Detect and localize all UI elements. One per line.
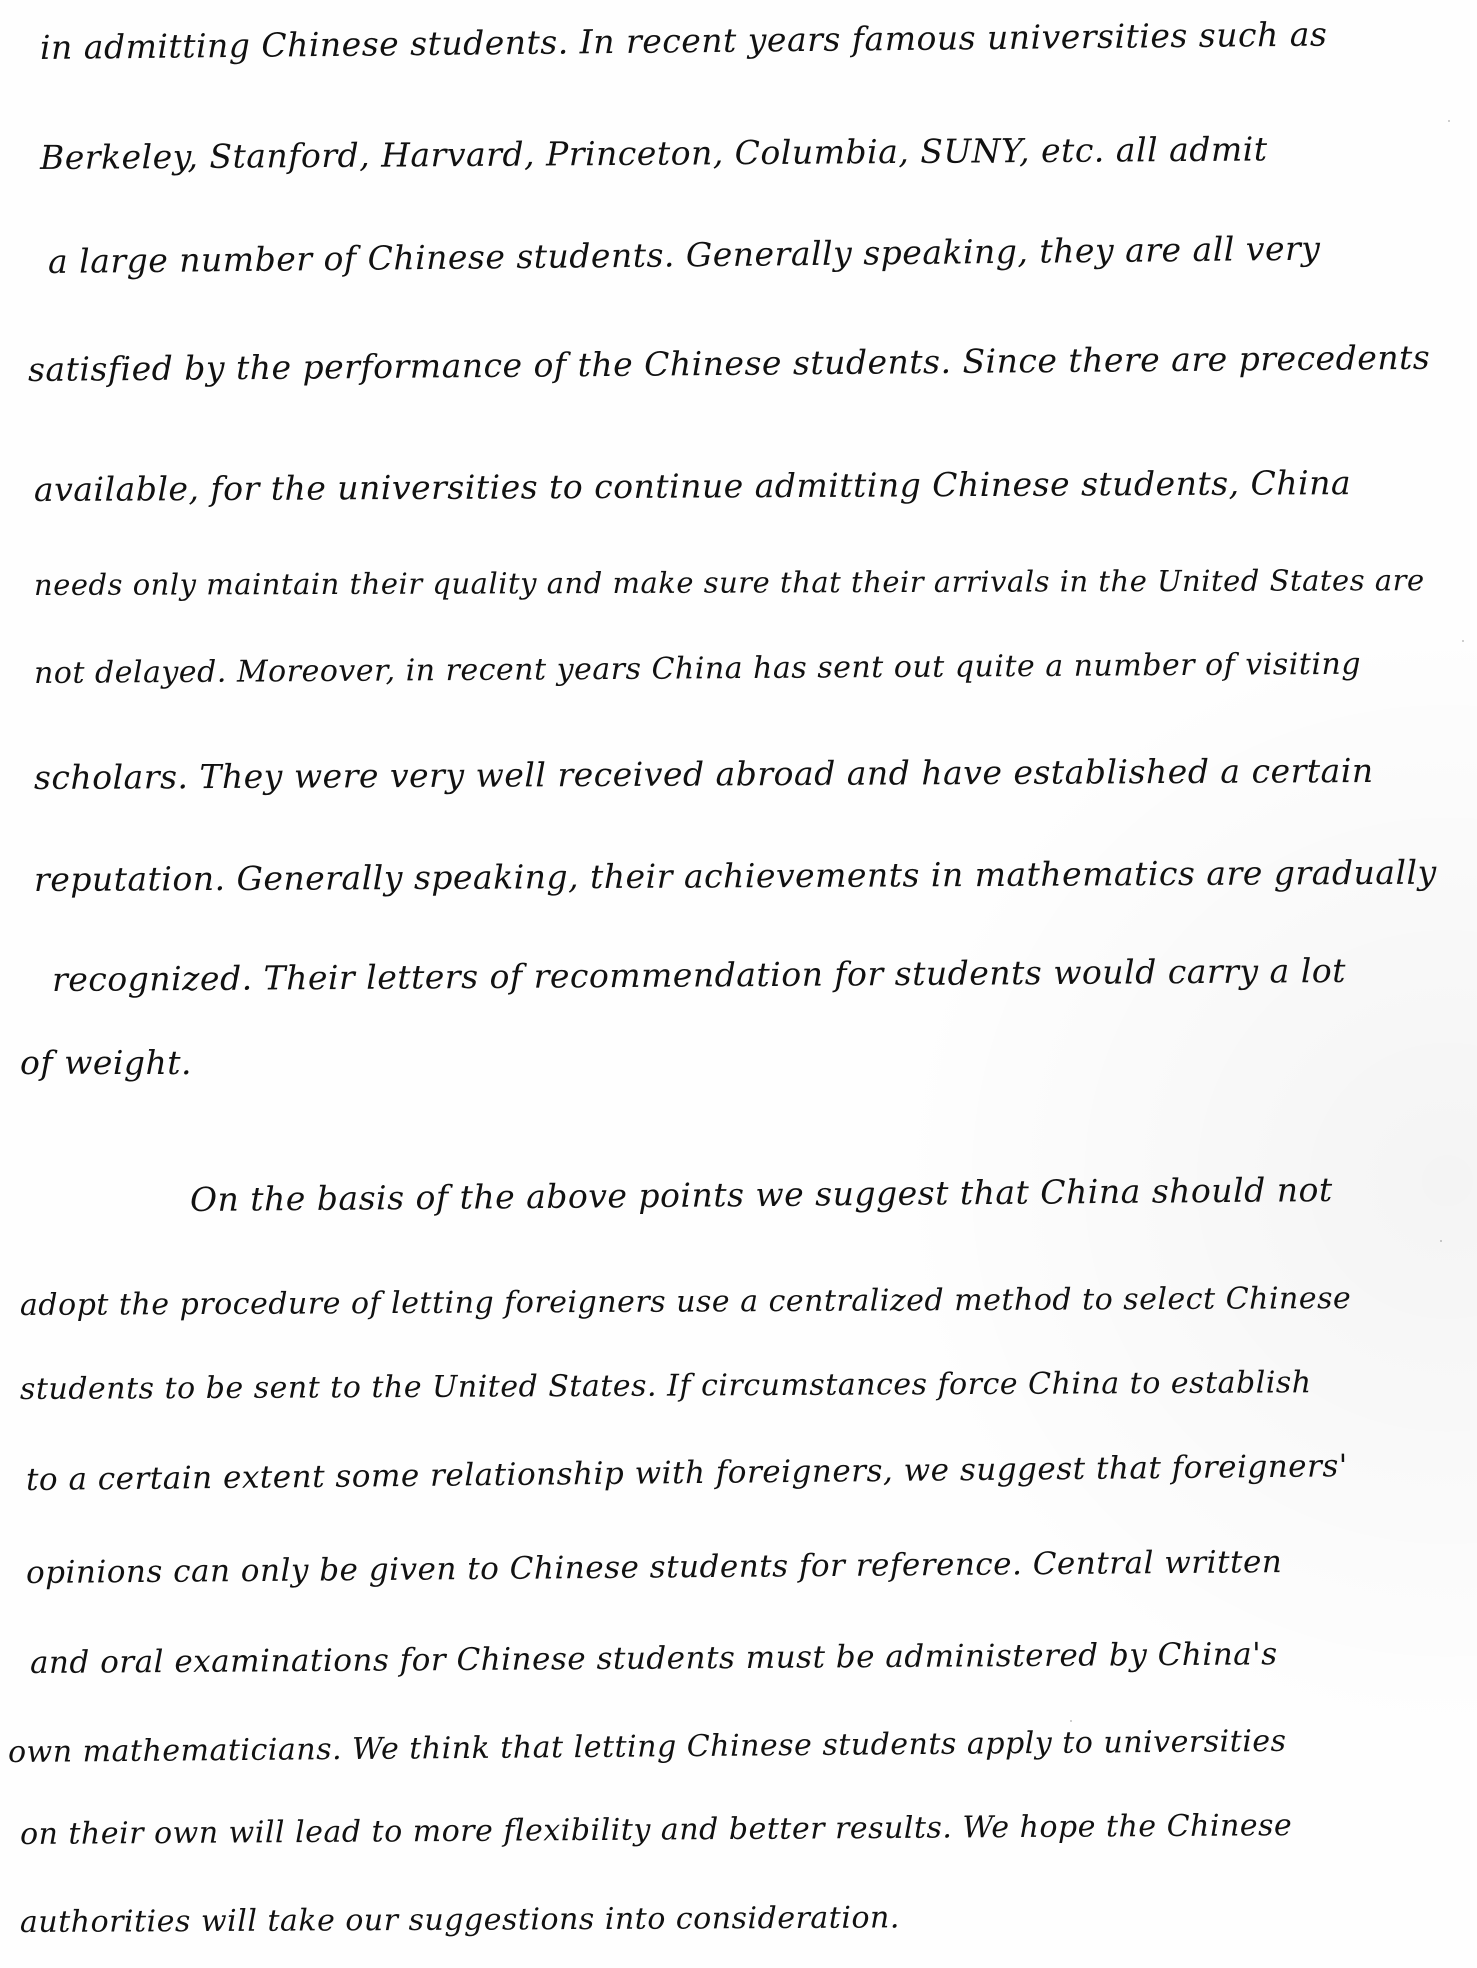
text-line: to a certain extent some relationship wi… (26, 1448, 1348, 1498)
text-line: of weight. (20, 1043, 192, 1082)
text-line: recognized. Their letters of recommendat… (52, 951, 1346, 999)
scan-speckle (780, 1560, 782, 1562)
text-line: scholars. They were very well received a… (34, 751, 1374, 797)
scan-speckle (1448, 120, 1450, 122)
text-line: opinions can only be given to Chinese st… (26, 1544, 1283, 1591)
text-line: On the basis of the above points we sugg… (190, 1170, 1333, 1219)
text-line: available, for the universities to conti… (34, 463, 1351, 509)
scan-speckle (1440, 1240, 1442, 1242)
text-line: Berkeley, Stanford, Harvard, Princeton, … (40, 129, 1268, 177)
text-line: on their own will lead to more flexibili… (20, 1808, 1292, 1852)
scan-speckle (1462, 640, 1464, 642)
handwritten-page: in admitting Chinese students. In recent… (0, 0, 1477, 1968)
text-line: own mathematicians. We think that lettin… (8, 1724, 1287, 1770)
text-line: not delayed. Moreover, in recent years C… (34, 647, 1361, 691)
scan-speckle (1070, 1720, 1072, 1722)
text-line: students to be sent to the United States… (20, 1365, 1312, 1407)
text-line: needs only maintain their quality and ma… (34, 563, 1425, 602)
text-line: reputation. Generally speaking, their ac… (34, 853, 1437, 899)
text-line: authorities will take our suggestions in… (20, 1900, 900, 1940)
text-line: in admitting Chinese students. In recent… (40, 15, 1328, 67)
text-line: a large number of Chinese students. Gene… (48, 229, 1321, 281)
text-line: and oral examinations for Chinese studen… (30, 1636, 1278, 1681)
text-line: adopt the procedure of letting foreigner… (20, 1281, 1351, 1323)
text-line: satisfied by the performance of the Chin… (28, 338, 1431, 389)
